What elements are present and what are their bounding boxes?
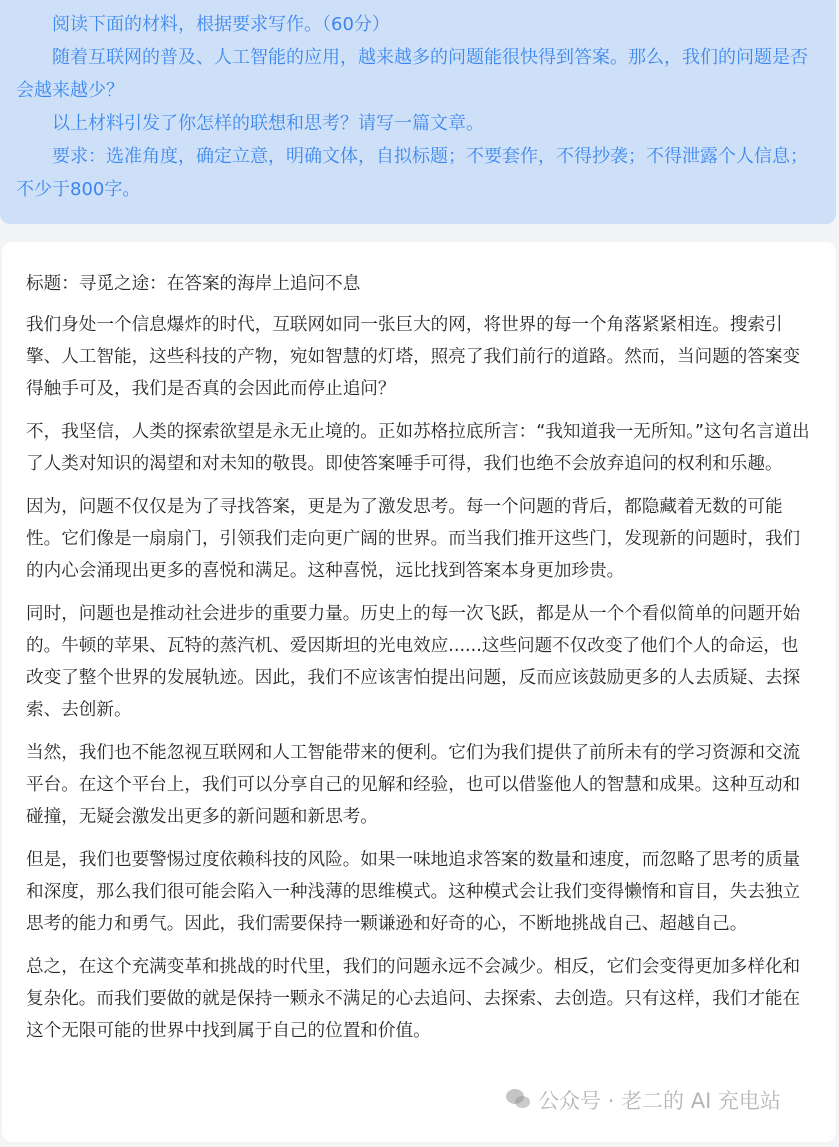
answer-message: 标题：寻觅之途：在答案的海岸上追问不息 我们身处一个信息爆炸的时代，互联网如同一… — [2, 242, 836, 1142]
essay-paragraph: 不，我坚信，人类的探索欲望是永无止境的。正如苏格拉底所言：“我知道我一无所知。”… — [26, 416, 816, 480]
prompt-message: 阅读下面的材料，根据要求写作。（60分） 随着互联网的普及、人工智能的应用，越来… — [0, 0, 836, 224]
essay-paragraph: 总之，在这个充满变革和挑战的时代里，我们的问题永远不会减少。相反，它们会变得更加… — [26, 951, 816, 1047]
essay-paragraph: 但是，我们也要警惕过度依赖科技的风险。如果一味地追求答案的数量和速度，而忽略了思… — [26, 844, 816, 940]
prompt-question: 以上材料引发了你怎样的联想和思考？请写一篇文章。 — [16, 107, 822, 140]
essay-paragraph: 当然，我们也不能忽视互联网和人工智能带来的便利。它们为我们提供了前所未有的学习资… — [26, 737, 816, 833]
prompt-requirements: 要求：选准角度，确定立意，明确文体，自拟标题；不要套作，不得抄袭；不得泄露个人信… — [16, 140, 822, 206]
essay-title: 标题：寻觅之途：在答案的海岸上追问不息 — [26, 268, 816, 300]
essay-paragraph: 同时，问题也是推动社会进步的重要力量。历史上的每一次飞跃，都是从一个个看似简单的… — [26, 598, 816, 726]
essay-paragraph: 因为，问题不仅仅是为了寻找答案，更是为了激发思考。每一个问题的背后，都隐藏着无数… — [26, 491, 816, 587]
prompt-instruction: 阅读下面的材料，根据要求写作。（60分） — [16, 8, 822, 41]
essay-paragraph: 我们身处一个信息爆炸的时代，互联网如同一张巨大的网，将世界的每一个角落紧紧相连。… — [26, 309, 816, 405]
prompt-material: 随着互联网的普及、人工智能的应用，越来越多的问题能很快得到答案。那么，我们的问题… — [16, 41, 822, 107]
